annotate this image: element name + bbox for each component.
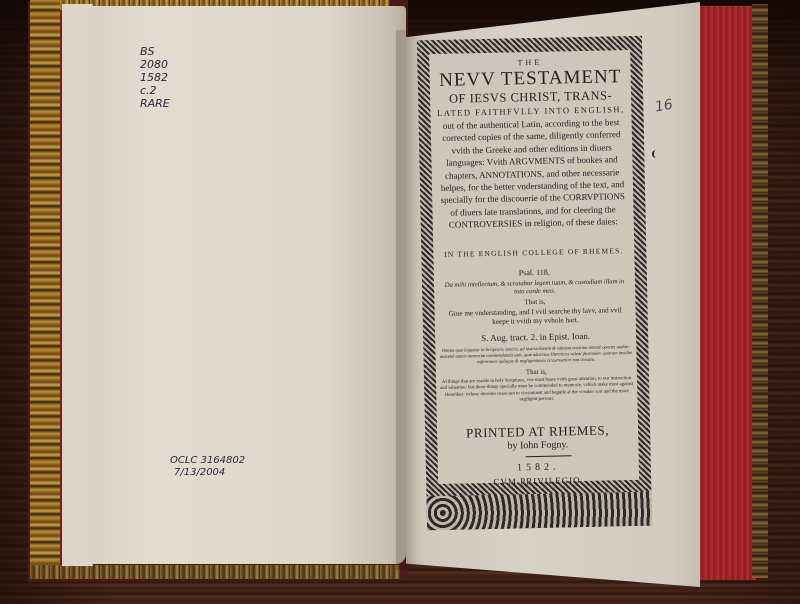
call-number-line: RARE — [140, 97, 170, 110]
red-page-edges — [698, 6, 756, 580]
psalm-reference: Psal. 118. — [434, 266, 635, 279]
right-cover — [752, 4, 768, 578]
ornamental-frame: THE NEVV TESTAMENT OF IESVS CHRIST, TRAN… — [417, 36, 652, 531]
flyleaf-page — [88, 6, 406, 564]
acquisition-note: OCLC 3164802 7/13/2004 — [170, 455, 245, 479]
title-description: out of the authentical Latin, according … — [431, 116, 634, 232]
publication-year: 1582. — [438, 460, 639, 475]
augustine-latin: Omnia quæ leguntur in Scripturis sanctis… — [435, 344, 636, 366]
gilt-border-left — [30, 0, 64, 578]
acquisition-date: 7/13/2004 — [170, 467, 245, 479]
augustine-english: Al things that are readde in holy Script… — [436, 376, 637, 405]
title-text-area: THE NEVV TESTAMENT OF IESVS CHRIST, TRAN… — [429, 50, 639, 484]
oclc-number: OCLC 3164802 — [170, 455, 245, 467]
college-line: IN THE ENGLISH COLLEGE OF RHEMES. — [433, 246, 634, 259]
ink-mark — [652, 150, 660, 158]
psalm-latin: Da mihi intellectum, & scrutabor legem t… — [434, 278, 635, 298]
ornamental-bottom-band — [426, 492, 652, 531]
gilt-border-bottom — [30, 565, 400, 579]
call-number-line: BS — [140, 45, 170, 58]
call-number-line: 1582 — [140, 71, 170, 84]
psalm-english: Giue me vnderstanding, and I vvil search… — [435, 306, 636, 328]
call-number-line: c.2 — [140, 84, 170, 97]
rule-divider — [526, 455, 572, 457]
margin-pencil-note: 16 — [654, 97, 674, 116]
augustine-reference: S. Aug. tract. 2. in Epist. Ioan. — [435, 330, 636, 344]
privilege-line: CVM PRIVILEGIO. — [438, 474, 639, 488]
call-number-note: BS 2080 1582 c.2 RARE — [140, 45, 170, 110]
gutter-shadow — [396, 30, 418, 570]
call-number-line: 2080 — [140, 58, 170, 71]
